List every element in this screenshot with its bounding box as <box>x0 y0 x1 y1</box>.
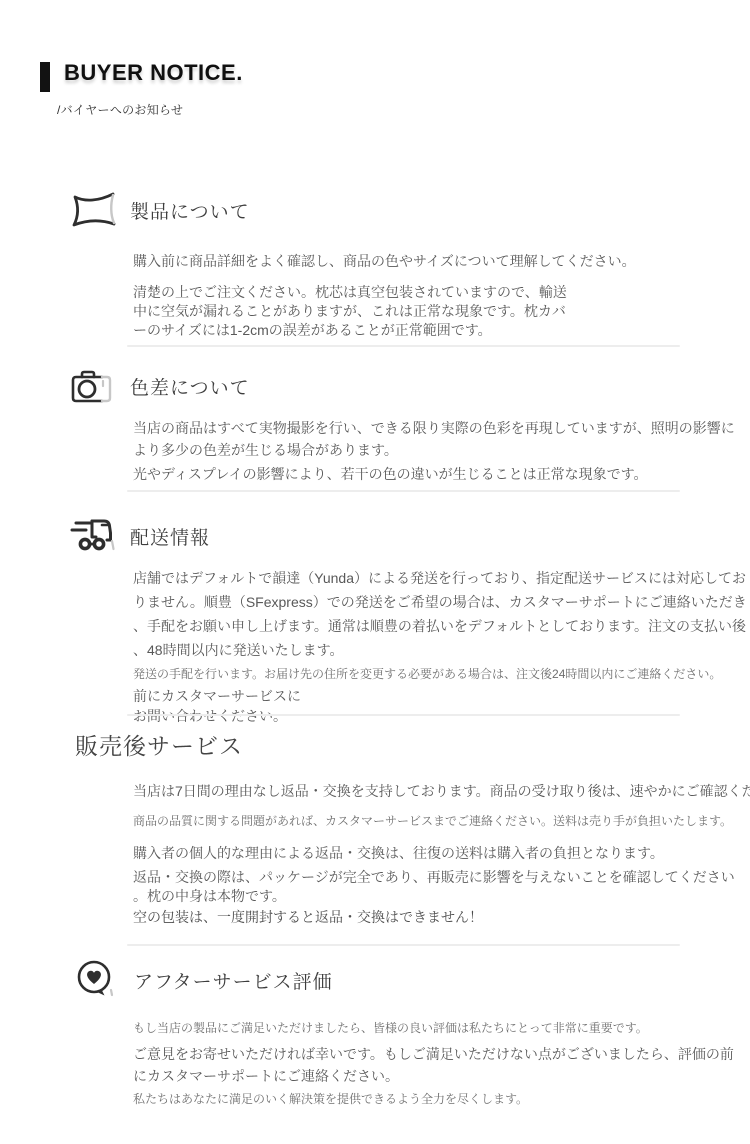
paragraph: 購入者の個人的な理由による返品・交換は、往復の送料は購入者の負担となります。 <box>133 843 750 863</box>
section-title: アフターサービス評価 <box>134 967 333 994</box>
heart-chat-icon <box>72 957 122 1003</box>
section-divider <box>127 345 680 347</box>
paragraph-line: 。枕の中身は本物です。 <box>133 887 750 906</box>
paragraph: 清楚の上でご注文ください。枕芯は真空包装されていますので、輸送 中に空気が漏れる… <box>133 283 750 340</box>
paragraph-line: より多少の色差が生じる場合があります。 <box>133 439 750 461</box>
paragraph-line: 商品の品質に関する問題があれば、カスタマーサービスまでご連絡ください。送料は売り… <box>133 813 750 830</box>
paragraph: ご意見をお寄せいただければ幸いです。もしご満足いただけない点がございましたら、評… <box>133 1043 750 1087</box>
section-title: 製品について <box>130 197 250 224</box>
paragraph-line: お問い合わせください。 <box>133 706 750 726</box>
section-title: 販売後サービス <box>75 728 243 761</box>
paragraph-line: りません。順豊（SFexpress）での発送をご希望の場合は、カスタマーサポート… <box>133 590 750 614</box>
paragraph: 空の包装は、一度開封すると返品・交換はできません！ <box>133 907 750 927</box>
page-title: BUYER NOTICE. <box>64 60 243 86</box>
section-after-sales: 販売後サービス 当店は7日間の理由なし返品・交換を支持しております。商品の受け取… <box>0 726 750 938</box>
paragraph: 購入前に商品詳細をよく確認し、商品の色やサイズについて理解してください。 <box>133 250 750 272</box>
paragraph-line: 中に空気が漏れることがありますが、これは正常な現象です。枕カバ <box>133 302 750 321</box>
paragraph-line: 空の包装は、一度開封すると返品・交換はできません！ <box>133 907 750 927</box>
paragraph: 店舗ではデフォルトで韻達（Yunda）による発送を行っており、指定配送サービスに… <box>133 566 750 662</box>
paragraph-line: 購入前に商品詳細をよく確認し、商品の色やサイズについて理解してください。 <box>133 250 750 272</box>
page-subtitle: /バイヤーへのお知らせ <box>57 101 243 118</box>
paragraph-line: 購入者の個人的な理由による返品・交換は、往復の送料は購入者の負担となります。 <box>133 843 750 863</box>
pillow-icon <box>68 187 118 233</box>
paragraph-line: 清楚の上でご注文ください。枕芯は真空包装されていますので、輸送 <box>133 283 750 302</box>
section-divider <box>127 944 680 946</box>
paragraph: 商品の品質に関する問題があれば、カスタマーサービスまでご連絡ください。送料は売り… <box>133 813 750 830</box>
paragraph: 当店は7日間の理由なし返品・交換を支持しております。商品の受け取り後は、速やかに… <box>133 780 750 802</box>
section-product: 製品について 購入前に商品詳細をよく確認し、商品の色やサイズについて理解してくだ… <box>0 186 750 351</box>
paragraph: もし当店の製品にご満足いただけましたら、皆様の良い評価は私たちにとって非常に重要… <box>133 1020 750 1037</box>
paragraph-line: 店舗ではデフォルトで韻達（Yunda）による発送を行っており、指定配送サービスに… <box>133 566 750 590</box>
paragraph-line: 前にカスタマーサービスに <box>133 686 750 706</box>
section-service-review: アフターサービス評価 もし当店の製品にご満足いただけましたら、皆様の良い評価は私… <box>0 956 750 1116</box>
paragraph-line: もし当店の製品にご満足いただけましたら、皆様の良い評価は私たちにとって非常に重要… <box>133 1020 750 1037</box>
paragraph-line: 当店の商品はすべて実物撮影を行い、できる限り実際の色彩を再現していますが、照明の… <box>133 417 750 439</box>
paragraph-line: ーのサイズには1-2cmの誤差があることが正常範囲です。 <box>133 321 750 340</box>
camera-icon <box>68 363 118 409</box>
paragraph-line: 返品・交換の際は、パッケージが完全であり、再販売に影響を与えないことを確認してく… <box>133 868 750 887</box>
accent-bar <box>40 62 50 92</box>
paragraph-line: 私たちはあなたに満足のいく解決策を提供できるよう全力を尽くします。 <box>133 1091 750 1108</box>
paragraph-line: 、48時間以内に発送いたします。 <box>133 638 750 662</box>
paragraph-line: 、手配をお願い申し上げます。通常は順豊の着払いをデフォルトとしております。注文の… <box>133 614 750 638</box>
delivery-truck-icon <box>68 513 118 559</box>
header: BUYER NOTICE. /バイヤーへのお知らせ <box>40 60 243 118</box>
section-title: 配送情報 <box>130 523 210 550</box>
section-shipping: 配送情報 店舗ではデフォルトで韻達（Yunda）による発送を行っており、指定配送… <box>0 512 750 737</box>
section-divider <box>127 490 680 492</box>
paragraph-line: 光やディスプレイの影響により、若干の色の違いが生じることは正常な現象です。 <box>133 463 750 485</box>
section-title: 色差について <box>130 373 250 400</box>
paragraph-line: 当店は7日間の理由なし返品・交換を支持しております。商品の受け取り後は、速やかに… <box>133 780 750 802</box>
paragraph: 当店の商品はすべて実物撮影を行い、できる限り実際の色彩を再現していますが、照明の… <box>133 417 750 461</box>
section-divider <box>127 714 680 716</box>
buyer-notice-page: BUYER NOTICE. /バイヤーへのお知らせ 製品について 購入前に商品詳… <box>0 0 750 1144</box>
paragraph: 私たちはあなたに満足のいく解決策を提供できるよう全力を尽くします。 <box>133 1091 750 1108</box>
paragraph: 発送の手配を行います。お届け先の住所を変更する必要がある場合は、注文後24時間以… <box>133 666 750 683</box>
paragraph: 返品・交換の際は、パッケージが完全であり、再販売に影響を与えないことを確認してく… <box>133 868 750 906</box>
paragraph: 光やディスプレイの影響により、若干の色の違いが生じることは正常な現象です。 <box>133 463 750 485</box>
paragraph-line: 発送の手配を行います。お届け先の住所を変更する必要がある場合は、注文後24時間以… <box>133 666 750 683</box>
section-color-difference: 色差について 当店の商品はすべて実物撮影を行い、できる限り実際の色彩を再現してい… <box>0 362 750 496</box>
paragraph: 前にカスタマーサービスに お問い合わせください。 <box>133 686 750 726</box>
paragraph-line: ご意見をお寄せいただければ幸いです。もしご満足いただけない点がございましたら、評… <box>133 1043 750 1065</box>
paragraph-line: にカスタマーサポートにご連絡ください。 <box>133 1065 750 1087</box>
